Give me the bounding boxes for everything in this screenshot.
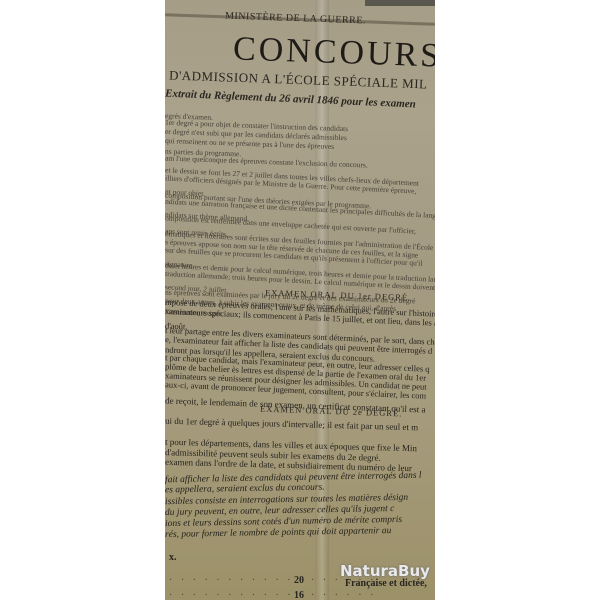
leader-dots: · · · · · · · · · · · · · · · · · ·	[169, 590, 376, 600]
score-value: 16	[294, 590, 304, 600]
ministry-heading: MINISTÈRE DE LA GUERRE.	[225, 11, 366, 27]
document-title: CONCOURS	[232, 30, 435, 75]
score-value: 20	[294, 575, 304, 586]
text-line: es appellera, seraient exclus du concour…	[165, 483, 325, 496]
photo-shadow	[365, 0, 435, 6]
document-photo: MINISTÈRE DE LA GUERRE. CONCOURS D'ADMIS…	[165, 0, 435, 600]
naturabuy-watermark: NaturaBuy	[340, 562, 430, 580]
text-line: ui du 1er degré à quelques jours d'inter…	[165, 416, 418, 433]
score-row: · · · · · · · · · · · · · · · · · · 16	[169, 590, 376, 600]
coefficients-label: x.	[169, 552, 177, 563]
regulation-extract: Extrait du Règlement du 26 avril 1846 po…	[165, 88, 416, 111]
